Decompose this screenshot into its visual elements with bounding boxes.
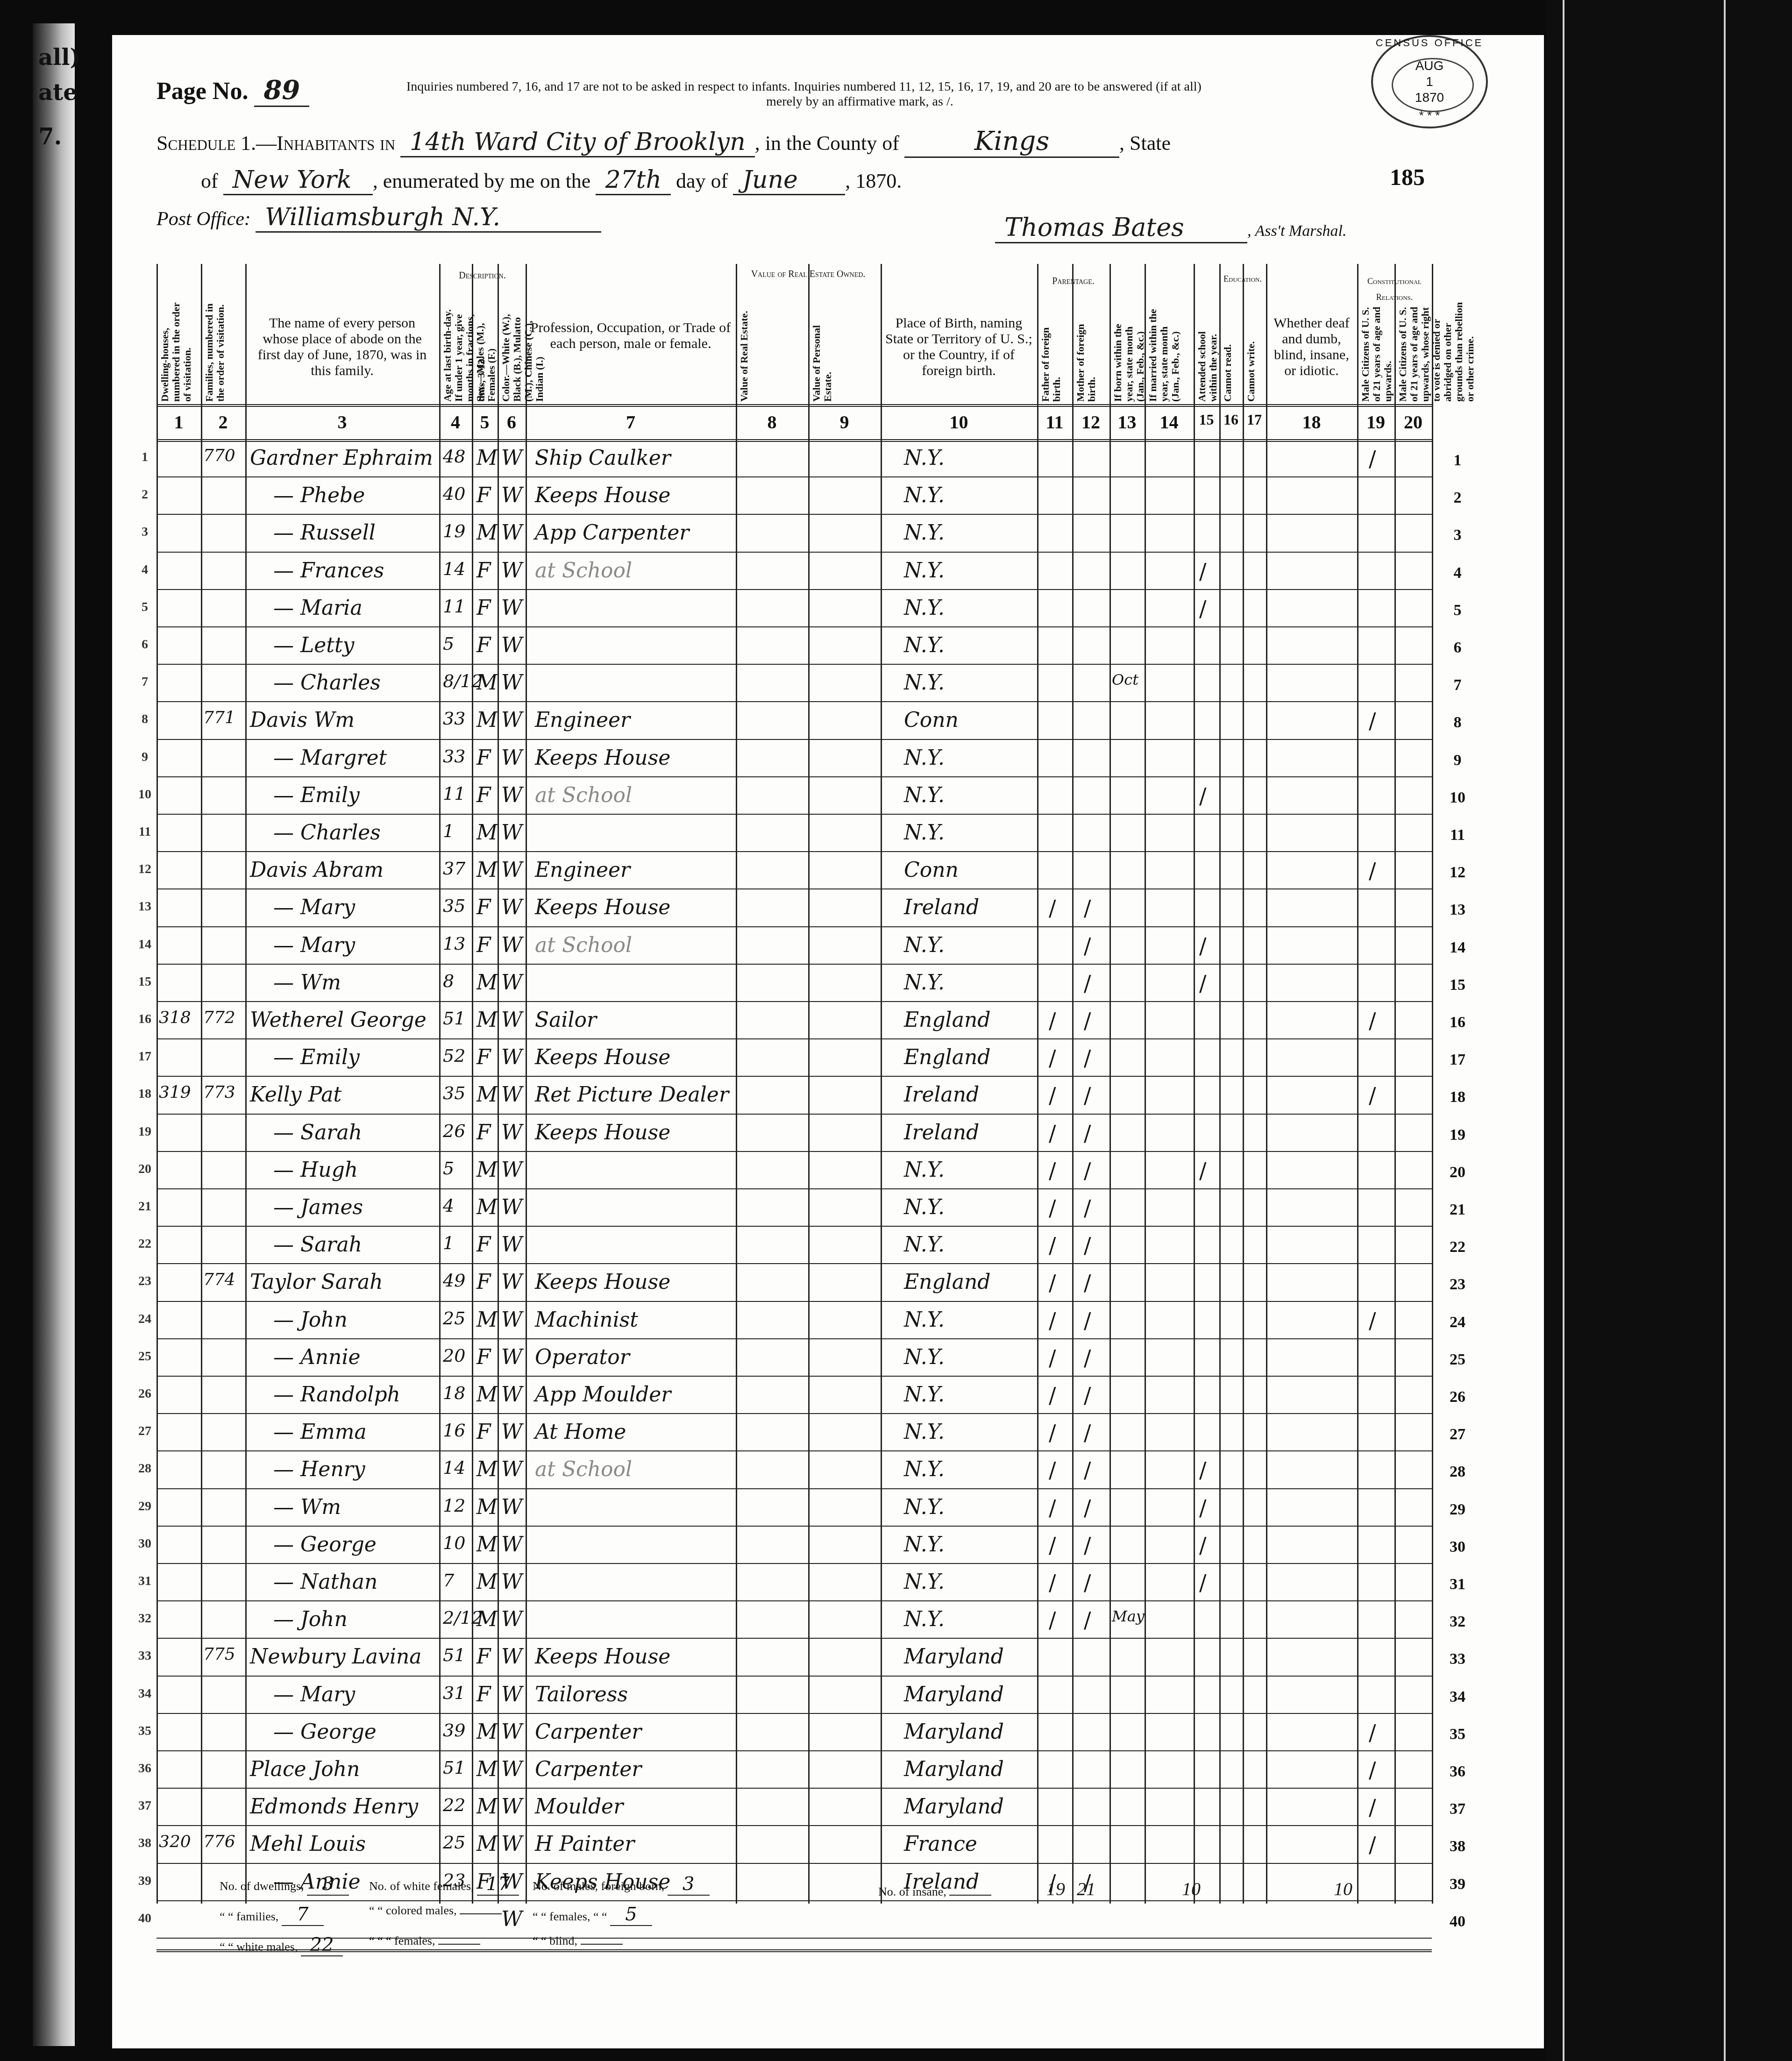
row-number-left: 1 [135, 450, 154, 465]
row-number-left: 35 [135, 1724, 154, 1739]
mother-foreign-mark: / [1084, 1121, 1091, 1146]
attended-school-mark: / [1199, 1533, 1207, 1558]
occupation: Ship Caulker [535, 446, 671, 470]
row-number-right: 3 [1444, 526, 1472, 544]
mother-foreign-mark: / [1084, 1045, 1091, 1071]
enumerated-label: , enumerated by me on the [373, 170, 591, 192]
row-number-left: 20 [135, 1162, 154, 1177]
sex: F [476, 895, 491, 919]
column-rule [526, 264, 527, 1904]
page-number-value: 89 [254, 75, 309, 107]
mother-foreign-mark: / [1084, 1383, 1091, 1408]
occupation: Engineer [535, 858, 630, 882]
column-header-10: Place of Birth, naming State or Territor… [885, 315, 1032, 379]
column-number: 8 [736, 411, 808, 433]
birthplace: France [904, 1832, 977, 1856]
stamp-ring-text: CENSUS OFFICE [1373, 35, 1486, 51]
sex: F [476, 596, 491, 620]
color: W [501, 596, 522, 620]
mother-foreign-mark: / [1084, 971, 1091, 996]
row-number-right: 30 [1444, 1538, 1472, 1556]
occupation: Keeps House [535, 895, 670, 919]
column-header-4: Age at last birth-day. If under 1 year, … [442, 301, 470, 402]
age: 39 [443, 1720, 465, 1741]
sex: F [476, 1233, 491, 1257]
person-name: — Frances [273, 559, 384, 583]
footer-value: 7 [282, 1904, 324, 1926]
person-name: — Mary [273, 1683, 355, 1706]
row-number-right: 32 [1444, 1613, 1472, 1631]
dwelling-number: 319 [159, 1083, 191, 1102]
column-rule [881, 264, 882, 1904]
occupation: Keeps House [535, 1045, 670, 1069]
color: W [501, 1233, 522, 1257]
color: W [501, 895, 522, 919]
row-number-left: 17 [135, 1049, 154, 1064]
sex: M [476, 1383, 498, 1407]
footer-white-males: “ “ white males, 22 [220, 1934, 343, 1956]
footer-value [438, 1944, 480, 1945]
footer-value [949, 1895, 991, 1896]
color: W [501, 1683, 522, 1706]
column-number: 6 [498, 411, 526, 433]
column-header-20: Male Citizens of U. S. of 21 years of ag… [1397, 301, 1430, 402]
footer-blind: “ “ blind, [533, 1934, 623, 1948]
age: 37 [443, 858, 465, 879]
row-number-right: 28 [1444, 1463, 1472, 1481]
occupation: Sailor [535, 1008, 597, 1032]
row-number-right: 6 [1444, 639, 1472, 657]
attended-school-mark: / [1199, 971, 1207, 996]
person-name: — Emily [273, 783, 360, 807]
birthplace: England [904, 1270, 990, 1294]
row-number-left: 29 [135, 1499, 154, 1514]
occupation: Keeps House [535, 483, 670, 507]
color: W [501, 1008, 522, 1032]
stamp-month: AUG [1373, 58, 1486, 74]
footer-label: “ “ colored males, [369, 1904, 457, 1917]
mother-foreign-mark: / [1084, 1083, 1091, 1108]
male-citizen-mark: / [1369, 446, 1376, 471]
column-rule [1357, 264, 1358, 1904]
column-rule [1266, 264, 1267, 1904]
birthplace: Maryland [904, 1795, 1004, 1819]
person-name: Kelly Pat [250, 1083, 341, 1107]
person-name: — Nathan [273, 1570, 377, 1594]
column-number: 15 [1194, 411, 1219, 428]
row-number-right: 19 [1444, 1126, 1472, 1144]
male-citizen-mark: / [1369, 1832, 1376, 1857]
father-foreign-mark: / [1049, 1083, 1056, 1108]
column-header-9: Value of Personal Estate. [811, 301, 879, 402]
mother-foreign-mark: / [1084, 1345, 1091, 1371]
occupation: Operator [535, 1345, 630, 1369]
color: W [501, 1045, 522, 1069]
person-name: — Annie [273, 1345, 361, 1369]
row-number-right: 11 [1444, 826, 1472, 844]
color: W [501, 559, 522, 583]
father-foreign-mark: / [1049, 1383, 1056, 1408]
person-name: Wetherel George [250, 1008, 427, 1032]
color: W [501, 1158, 522, 1182]
instructions-line-2: merely by an affirmative mark, as /. [406, 94, 1387, 109]
column-header-1: Dwelling-houses, numbered in the order o… [159, 301, 199, 402]
instructions-line-1: Inquiries numbered 7, 16, and 17 are not… [406, 79, 1387, 94]
color: W [501, 1607, 522, 1631]
attended-school-mark: / [1199, 1158, 1207, 1183]
column-header-14: If married within the year, state month … [1147, 301, 1192, 402]
male-citizen-mark: / [1369, 1720, 1376, 1745]
row-number-left: 30 [135, 1536, 154, 1551]
person-name: — Mary [273, 895, 355, 919]
sex: F [476, 1645, 491, 1669]
age: 13 [443, 933, 465, 954]
color: W [501, 1457, 522, 1481]
column-header-7: Profession, Occupation, or Trade of each… [530, 320, 731, 352]
row-number-left: 31 [135, 1574, 154, 1589]
color: W [501, 933, 522, 957]
row-number-right: 15 [1444, 976, 1472, 994]
footer-insane: No. of insane, [878, 1885, 991, 1899]
footer-foreign-females: “ “ females, “ “ 5 [533, 1904, 652, 1926]
row-number-right: 21 [1444, 1201, 1472, 1219]
father-foreign-mark: / [1049, 1008, 1056, 1033]
sex: M [476, 821, 498, 845]
left-film-margin [33, 23, 75, 2046]
person-name: — Charles [273, 821, 381, 845]
page-number: Page No. 89 [156, 75, 309, 107]
right-film-margin [1546, 0, 1792, 2061]
column-number: 13 [1109, 411, 1145, 433]
person-name: — George [273, 1533, 377, 1556]
birthplace: N.Y. [904, 1533, 945, 1556]
mother-foreign-mark: / [1084, 1233, 1091, 1258]
footer-value: 3 [307, 1873, 349, 1896]
father-foreign-mark: / [1049, 1345, 1056, 1371]
row-number-right: 9 [1444, 752, 1472, 769]
column-number: 10 [881, 411, 1037, 433]
row-number-left: 23 [135, 1274, 154, 1289]
color: W [501, 1832, 522, 1856]
footer-label: “ “ blind, [533, 1934, 577, 1947]
sex: M [476, 1832, 498, 1856]
father-foreign-mark: / [1049, 1533, 1056, 1558]
row-number-left: 18 [135, 1087, 154, 1102]
birthplace: N.Y. [904, 1495, 945, 1519]
sheet-number: 185 [1390, 163, 1425, 191]
family-number: 776 [203, 1832, 235, 1851]
column-rule [736, 264, 737, 1904]
color: W [501, 1757, 522, 1781]
footer-label: No. of dwellings, [220, 1879, 304, 1893]
sex: F [476, 1270, 491, 1294]
column-rule [472, 264, 473, 1904]
occupation: Tailoress [535, 1683, 628, 1706]
row-number-left: 27 [135, 1424, 154, 1439]
margin-fragment: ate [38, 79, 78, 106]
row-number-left: 28 [135, 1461, 154, 1476]
row-number-right: 1 [1444, 452, 1472, 469]
description-group-header: Description. [439, 268, 526, 284]
of-label: of [201, 170, 218, 192]
row-number-right: 31 [1444, 1576, 1472, 1593]
column-rule [1109, 264, 1111, 1904]
age: 51 [443, 1645, 465, 1665]
column-number: 12 [1072, 411, 1109, 433]
column-rule [245, 264, 247, 1904]
color: W [501, 1383, 522, 1407]
color: W [501, 633, 522, 657]
age: 51 [443, 1757, 465, 1778]
person-name: — John [273, 1308, 348, 1332]
occupation: Keeps House [535, 1645, 670, 1669]
row-number-right: 35 [1444, 1726, 1472, 1743]
birthplace: N.Y. [904, 1570, 945, 1594]
father-foreign-mark: / [1049, 1457, 1056, 1483]
person-name: Taylor Sarah [250, 1270, 383, 1294]
row-number-left: 14 [135, 937, 154, 952]
birthplace: N.Y. [904, 1383, 945, 1407]
birthplace: Ireland [904, 1121, 979, 1144]
age: 1 [443, 821, 454, 841]
color: W [501, 446, 522, 470]
occupation: Keeps House [535, 1270, 670, 1294]
row-number-right: 14 [1444, 939, 1472, 957]
row-number-left: 26 [135, 1386, 154, 1401]
person-name: — Emma [273, 1420, 367, 1444]
color: W [501, 708, 522, 732]
color: W [501, 521, 522, 545]
sex: M [476, 671, 498, 695]
row-number-left: 11 [135, 824, 154, 839]
column-header-8: Value of Real Estate. [739, 301, 806, 402]
age: 7 [443, 1570, 454, 1591]
column-header-3: The name of every person whose place of … [250, 315, 434, 379]
row-number-left: 10 [135, 787, 154, 802]
sex: M [476, 1607, 498, 1631]
row-number-right: 24 [1444, 1314, 1472, 1331]
mother-foreign-mark: / [1084, 1495, 1091, 1521]
mother-foreign-mark: / [1084, 1308, 1091, 1333]
column-header-2: Families, numbered in the order of visit… [204, 301, 243, 402]
column-rule [1037, 264, 1038, 1904]
age: 49 [443, 1270, 465, 1291]
age: 10 [443, 1533, 465, 1553]
column-header-12: Mother of foreign birth. [1075, 301, 1108, 402]
color: W [501, 1308, 522, 1332]
row-number-right: 2 [1444, 489, 1472, 507]
birthplace: N.Y. [904, 483, 945, 507]
birthplace: N.Y. [904, 821, 945, 845]
row-number-left: 13 [135, 899, 154, 914]
birthplace: N.Y. [904, 633, 945, 657]
age: 5 [443, 1158, 454, 1179]
color: W [501, 746, 522, 770]
father-foreign-mark: / [1049, 1270, 1056, 1295]
occupation: Machinist [535, 1308, 638, 1332]
row-number-left: 22 [135, 1237, 154, 1251]
row-number-left: 38 [135, 1836, 154, 1851]
column-header-15: Attended school within the year. [1196, 301, 1217, 402]
attended-school-mark: / [1199, 596, 1207, 621]
dwelling-number: 320 [159, 1832, 191, 1851]
father-foreign-mark: / [1049, 1308, 1056, 1333]
sex: M [476, 1570, 498, 1594]
total-col-15: 10 [1182, 1878, 1201, 1900]
mother-foreign-mark: / [1084, 1570, 1091, 1595]
birthplace: N.Y. [904, 1420, 945, 1444]
column-header-16: Cannot read. [1222, 301, 1241, 402]
row-number-right: 38 [1444, 1838, 1472, 1855]
birthplace: N.Y. [904, 1457, 945, 1481]
male-citizen-mark: / [1369, 1795, 1376, 1820]
row-number-right: 12 [1444, 864, 1472, 881]
row-number-left: 2 [135, 487, 154, 502]
father-foreign-mark: / [1049, 1570, 1056, 1595]
sex: M [476, 446, 498, 470]
mother-foreign-mark: / [1084, 1270, 1091, 1295]
row-number-left: 3 [135, 525, 154, 540]
real-estate-group-header: Value of Real Estate Owned. [736, 266, 881, 282]
column-number: 2 [201, 411, 245, 433]
age: 1 [443, 1233, 454, 1253]
sex: M [476, 1457, 498, 1481]
stamp-stars: * * * [1373, 107, 1486, 123]
post-office-line: Post Office: Williamsburgh N.Y. [156, 203, 601, 233]
sex: F [476, 1420, 491, 1444]
column-number: 7 [526, 411, 736, 433]
sex: F [476, 633, 491, 657]
occupation: Carpenter [535, 1757, 641, 1781]
column-rule [1145, 264, 1146, 1904]
row-number-right: 22 [1444, 1238, 1472, 1256]
sex: M [476, 521, 498, 545]
attended-school-mark: / [1199, 1457, 1207, 1483]
column-header-6: Color.—White (W.), Black (B.), Mulatto (… [500, 301, 524, 402]
row-number-right: 4 [1444, 564, 1472, 582]
family-number: 772 [203, 1008, 235, 1027]
post-office-label: Post Office: [156, 208, 251, 230]
mother-foreign-mark: / [1084, 1533, 1091, 1558]
column-number: 4 [439, 411, 472, 433]
sex: F [476, 783, 491, 807]
enumeration-line: of New York, enumerated by me on the 27t… [201, 166, 902, 195]
birthplace: N.Y. [904, 446, 945, 470]
column-header-11: Father of foreign birth. [1040, 301, 1070, 402]
marshal-line: Thomas Bates, Ass't Marshal. [995, 213, 1347, 243]
occupation: at School [535, 559, 632, 583]
family-number: 773 [203, 1083, 235, 1102]
sex: M [476, 858, 498, 882]
person-name: — Henry [273, 1457, 365, 1481]
column-rule [1394, 264, 1396, 1904]
instructions: Inquiries numbered 7, 16, and 17 are not… [406, 79, 1387, 109]
color: W [501, 1195, 522, 1219]
mother-foreign-mark: / [1084, 1158, 1091, 1183]
column-rule [1432, 264, 1433, 1904]
birthplace: N.Y. [904, 1195, 945, 1219]
row-number-right: 26 [1444, 1388, 1472, 1406]
column-number: 11 [1037, 411, 1072, 433]
stamp-year: 1870 [1373, 90, 1486, 106]
color: W [501, 1121, 522, 1144]
column-number: 19 [1357, 411, 1394, 433]
color: W [501, 1720, 522, 1744]
occupation: App Moulder [535, 1383, 671, 1407]
age: 12 [443, 1495, 465, 1516]
column-number: 17 [1243, 411, 1266, 428]
attended-school-mark: / [1199, 783, 1207, 809]
footer-value: 22 [301, 1934, 343, 1956]
person-name: Newbury Lavina [250, 1645, 422, 1669]
birthplace: N.Y. [904, 1308, 945, 1332]
total-col-11: 19 [1046, 1878, 1065, 1900]
father-foreign-mark: / [1049, 1420, 1056, 1445]
person-name: — Maria [273, 596, 363, 620]
column-number: 20 [1394, 411, 1432, 433]
mother-foreign-mark: / [1084, 1457, 1091, 1483]
father-foreign-mark: / [1049, 895, 1056, 921]
footer-label: “ “ families, [220, 1910, 278, 1923]
column-header-5: Sex.—Males (M.), Females (F.) [475, 301, 496, 402]
column-header-17: Cannot write. [1245, 301, 1264, 402]
column-number: 5 [472, 411, 498, 433]
column-number: 1 [156, 411, 201, 433]
sex: F [476, 1683, 491, 1706]
row-number-right: 37 [1444, 1800, 1472, 1818]
occupation: At Home [535, 1420, 626, 1444]
footer-label: “ “ white males, [220, 1940, 298, 1954]
occupation: Ret Picture Dealer [535, 1083, 729, 1107]
attended-school-mark: / [1199, 559, 1207, 584]
day-of-label: day of [676, 170, 728, 192]
row-number-left: 15 [135, 974, 154, 989]
birthplace: Maryland [904, 1683, 1004, 1706]
day-field: 27th [596, 166, 671, 195]
census-table: Dwelling-houses, numbered in the order o… [156, 264, 1432, 1904]
row-number-right: 8 [1444, 714, 1472, 732]
person-name: Place John [250, 1757, 360, 1781]
sex: F [476, 483, 491, 507]
age: 8 [443, 971, 454, 991]
male-citizen-mark: / [1369, 1757, 1376, 1783]
state-field: New York [223, 166, 373, 195]
birthplace: Conn [904, 708, 959, 732]
birthplace: N.Y. [904, 596, 945, 620]
male-citizen-mark: / [1369, 858, 1376, 883]
birthplace: N.Y. [904, 971, 945, 995]
age: 33 [443, 708, 465, 729]
person-name: — Emily [273, 1045, 360, 1069]
county-label: , in the County of [755, 132, 899, 155]
color: W [501, 1645, 522, 1669]
dwelling-number: 318 [159, 1008, 191, 1027]
column-rule [156, 264, 158, 1904]
occupation: Moulder [535, 1795, 623, 1819]
person-name: Gardner Ephraim [250, 446, 433, 470]
sex: F [476, 1345, 491, 1369]
mother-foreign-mark: / [1084, 1008, 1091, 1033]
attended-school-mark: / [1199, 1495, 1207, 1521]
row-number-right: 29 [1444, 1501, 1472, 1519]
occupation: H Painter [535, 1832, 634, 1856]
age: 35 [443, 895, 465, 916]
row-number-left: 19 [135, 1124, 154, 1139]
family-number: 771 [203, 708, 235, 727]
row-number-left: 24 [135, 1312, 154, 1327]
person-name: Edmonds Henry [250, 1795, 418, 1819]
place-field: 14th Ward City of Brooklyn [400, 128, 755, 157]
